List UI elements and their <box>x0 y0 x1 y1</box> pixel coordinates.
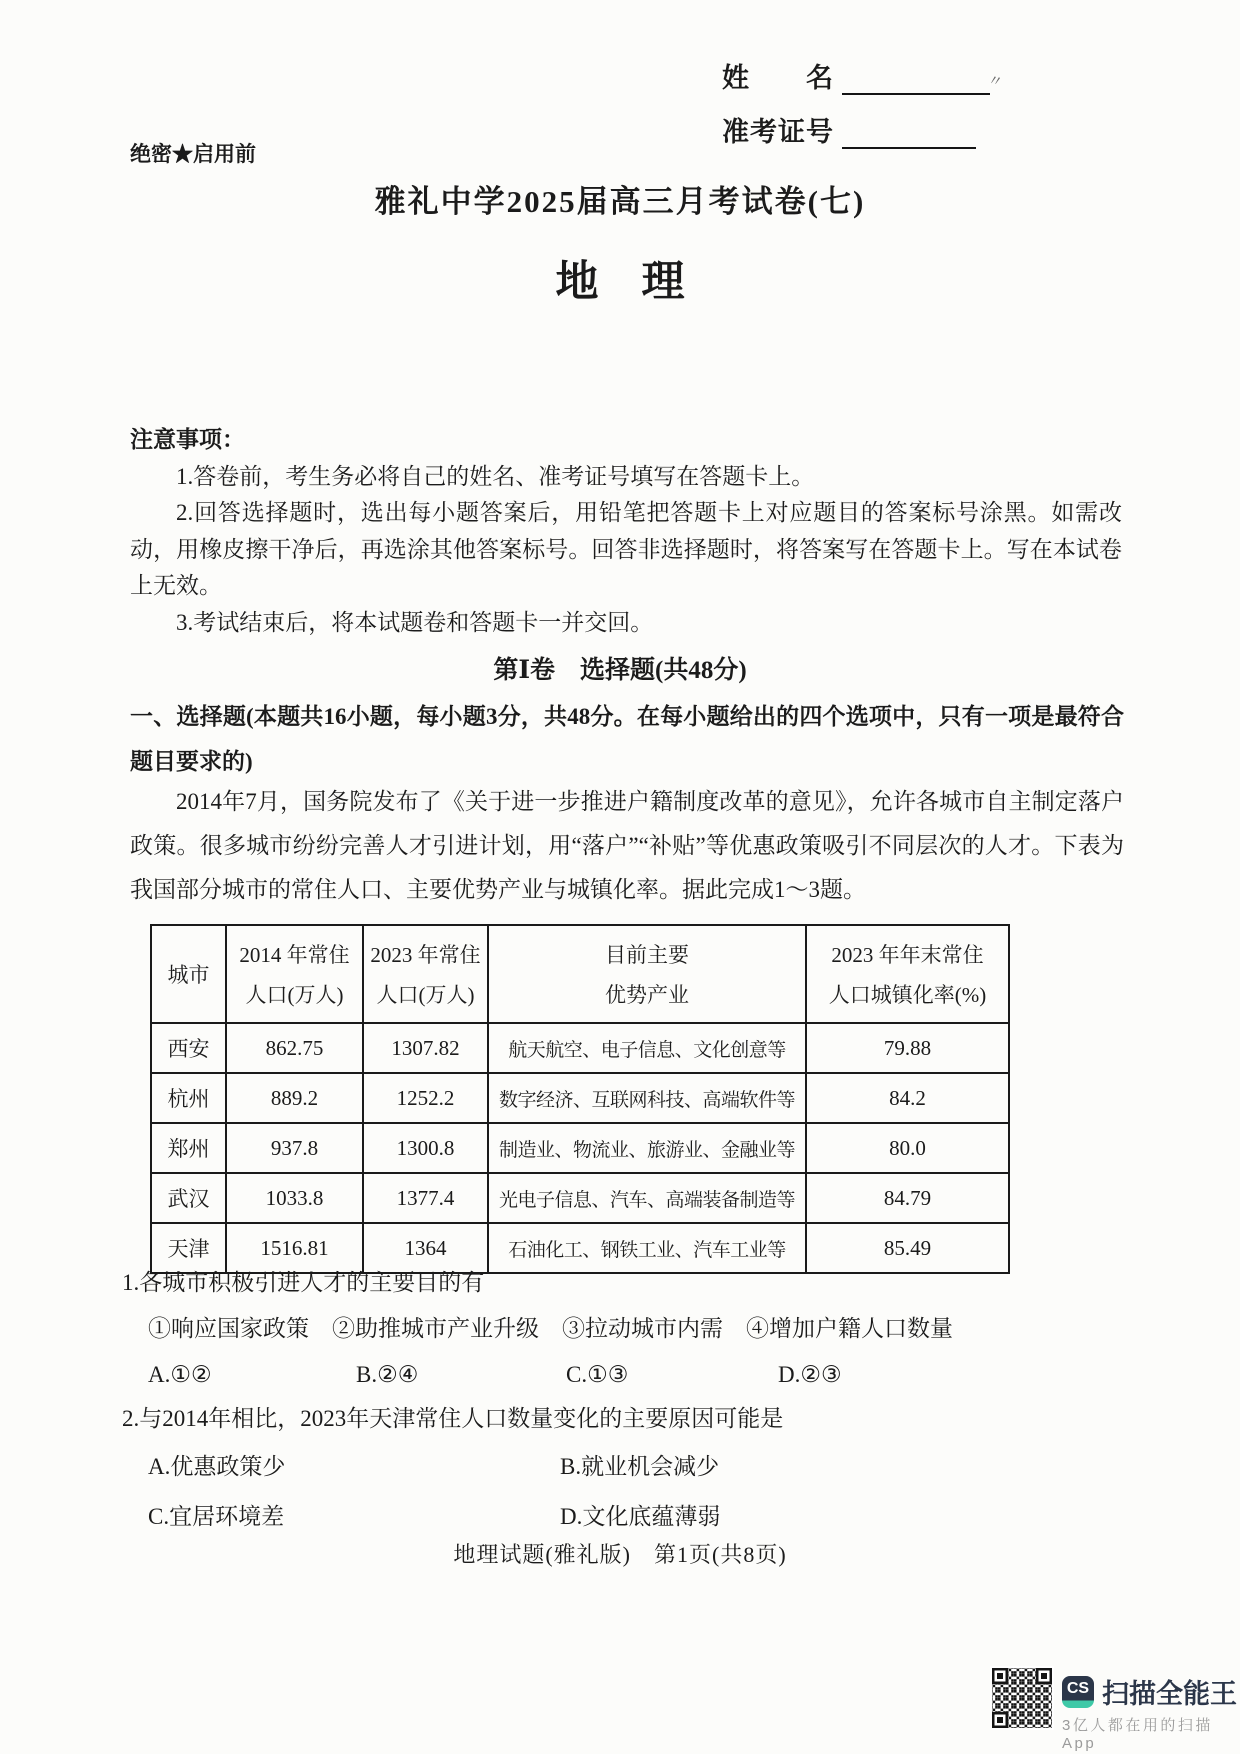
notice-section: 注意事项： 1.答卷前，考生务必将自己的姓名、准考证号填写在答题卡上。 2.回答… <box>130 422 1122 641</box>
header-pop-2023: 2023 年常住人口(万人) <box>363 925 488 1023</box>
cell-industry: 航天航空、电子信息、文化创意等 <box>488 1023 806 1073</box>
multiple-choice-instructions: 一、选择题(本题共16小题，每小题3分，共48分。在每小题给出的四个选项中，只有… <box>130 694 1124 784</box>
question-1: 1.各城市积极引进人才的主要目的有 ①响应国家政策 ②助推城市产业升级 ③拉动城… <box>122 1260 1126 1398</box>
header-urbanization: 2023 年年末常住人口城镇化率(%) <box>806 925 1009 1023</box>
name-label: 姓 名 <box>722 56 834 95</box>
notice-item-2: 2.回答选择题时，选出每小题答案后，用铅笔把答题卡上对应题目的答案标号涂黑。如需… <box>130 495 1122 605</box>
admission-number-field: 准考证号 <box>722 110 976 149</box>
table-header-row: 城市 2014 年常住人口(万人) 2023 年常住人口(万人) 目前主要优势产… <box>151 925 1009 1023</box>
cell-pop-2014: 862.75 <box>226 1023 363 1073</box>
qr-code <box>990 1666 1054 1730</box>
population-table: 城市 2014 年常住人口(万人) 2023 年常住人口(万人) 目前主要优势产… <box>150 924 1010 1274</box>
camscanner-tagline: 3亿人都在用的扫描App <box>1062 1714 1240 1752</box>
exam-paper-page: 姓 名 〃 准考证号 绝密★启用前 雅礼中学2025届高三月考试卷(七) 地 理… <box>0 0 1240 1754</box>
cell-city: 西安 <box>151 1023 226 1073</box>
cell-pop-2023: 1307.82 <box>363 1023 488 1073</box>
question-2-stem: 2.与2014年相比，2023年天津常住人口数量变化的主要原因可能是 <box>122 1396 1126 1442</box>
table-row: 西安 862.75 1307.82 航天航空、电子信息、文化创意等 79.88 <box>151 1023 1009 1073</box>
admission-blank-line <box>842 113 976 149</box>
notice-item-3: 3.考试结束后，将本试题卷和答题卡一并交回。 <box>130 605 1122 642</box>
question-1-option-b: B.②④ <box>356 1352 566 1398</box>
question-2-option-a: A.优惠政策少 <box>148 1442 560 1492</box>
exam-title: 雅礼中学2025届高三月考试卷(七) <box>0 176 1240 221</box>
question-1-option-d: D.②③ <box>778 1352 1126 1398</box>
question-passage: 2014年7月，国务院发布了《关于进一步推进户籍制度改革的意见》，允许各城市自主… <box>130 780 1124 912</box>
question-2-option-b: B.就业机会减少 <box>560 1442 1126 1492</box>
cell-pop-2023: 1300.8 <box>363 1123 488 1173</box>
notice-heading: 注意事项： <box>130 422 1122 459</box>
cell-pop-2023: 1252.2 <box>363 1073 488 1123</box>
admission-number-label: 准考证号 <box>722 110 834 149</box>
name-field: 姓 名 <box>722 56 990 95</box>
header-industry: 目前主要优势产业 <box>488 925 806 1023</box>
header-city: 城市 <box>151 925 226 1023</box>
cell-industry: 光电子信息、汽车、高端装备制造等 <box>488 1173 806 1223</box>
question-1-stem: 1.各城市积极引进人才的主要目的有 <box>122 1260 1126 1306</box>
question-1-option-c: C.①③ <box>566 1352 778 1398</box>
cell-pop-2014: 1033.8 <box>226 1173 363 1223</box>
section-heading: 第Ⅰ卷 选择题(共48分) <box>0 650 1240 686</box>
cell-industry: 数字经济、互联网科技、高端软件等 <box>488 1073 806 1123</box>
notice-item-1: 1.答卷前，考生务必将自己的姓名、准考证号填写在答题卡上。 <box>130 459 1122 496</box>
secrecy-label: 绝密★启用前 <box>130 138 256 168</box>
question-2-option-d: D.文化底蕴薄弱 <box>560 1492 1126 1542</box>
question-1-suboptions: ①响应国家政策 ②助推城市产业升级 ③拉动城市内需 ④增加户籍人口数量 <box>148 1306 1126 1352</box>
question-2: 2.与2014年相比，2023年天津常住人口数量变化的主要原因可能是 A.优惠政… <box>122 1396 1126 1542</box>
pen-mark: 〃 <box>986 69 1005 93</box>
subject-title: 地 理 <box>0 248 1240 309</box>
table-row: 武汉 1033.8 1377.4 光电子信息、汽车、高端装备制造等 84.79 <box>151 1173 1009 1223</box>
name-blank-line <box>842 59 990 95</box>
question-2-options: A.优惠政策少 B.就业机会减少 C.宜居环境差 D.文化底蕴薄弱 <box>148 1442 1126 1542</box>
question-2-option-c: C.宜居环境差 <box>148 1492 560 1542</box>
camscanner-logo-icon: CS <box>1062 1676 1094 1708</box>
question-1-option-a: A.①② <box>148 1352 356 1398</box>
cell-pop-2014: 889.2 <box>226 1073 363 1123</box>
cell-pop-2023: 1377.4 <box>363 1173 488 1223</box>
table-row: 郑州 937.8 1300.8 制造业、物流业、旅游业、金融业等 80.0 <box>151 1123 1009 1173</box>
cell-industry: 制造业、物流业、旅游业、金融业等 <box>488 1123 806 1173</box>
header-pop-2014: 2014 年常住人口(万人) <box>226 925 363 1023</box>
cell-city: 武汉 <box>151 1173 226 1223</box>
cell-city: 杭州 <box>151 1073 226 1123</box>
cell-urbanization: 84.79 <box>806 1173 1009 1223</box>
cell-urbanization: 80.0 <box>806 1123 1009 1173</box>
cell-city: 郑州 <box>151 1123 226 1173</box>
question-1-options: A.①② B.②④ C.①③ D.②③ <box>148 1352 1126 1398</box>
table-row: 杭州 889.2 1252.2 数字经济、互联网科技、高端软件等 84.2 <box>151 1073 1009 1123</box>
cell-urbanization: 79.88 <box>806 1023 1009 1073</box>
cell-urbanization: 84.2 <box>806 1073 1009 1123</box>
camscanner-app-name: 扫描全能王 <box>1102 1672 1237 1711</box>
cell-pop-2014: 937.8 <box>226 1123 363 1173</box>
footer-pagination: 地理试题(雅礼版) 第1页(共8页) <box>0 1538 1240 1569</box>
